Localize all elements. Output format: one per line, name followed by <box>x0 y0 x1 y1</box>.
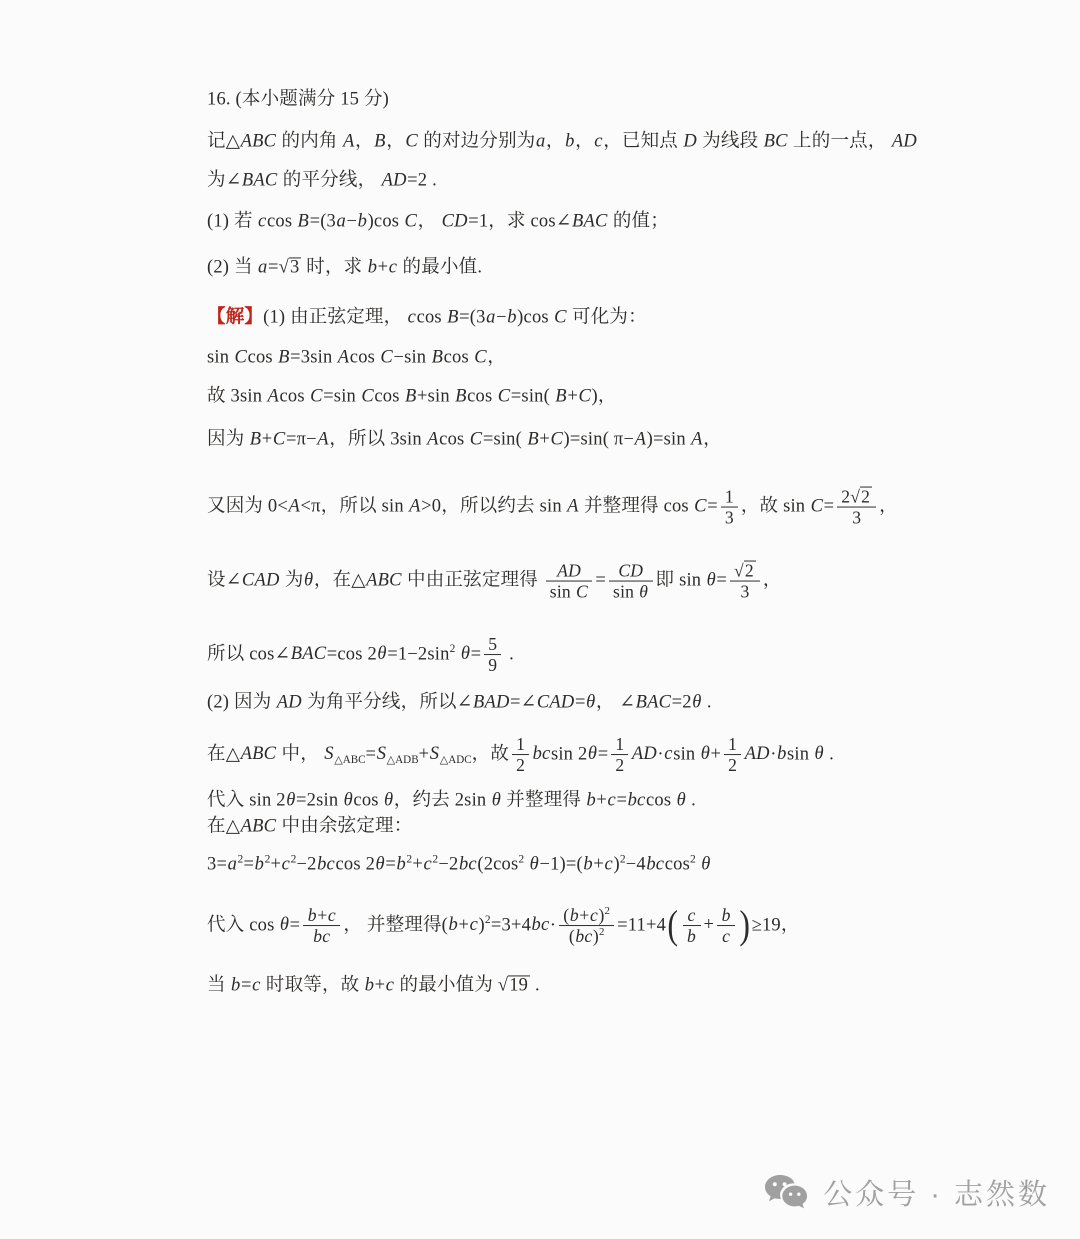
solution-cosine-rule: 3=a2=b2+c2−2bccos 2θ=b2+c2−2bc(2cos2 θ−1… <box>207 853 711 876</box>
question-part-2: (2) 当 a=√3 时，求 b+c 的最小值. <box>207 256 482 279</box>
solution-eq-2: 故 3sin Acos C=sin Ccos B+sin Bcos C=sin(… <box>207 385 617 408</box>
solution-part1-intro: 【解】(1) 由正弦定理， ccos B=(3a−b)cos C 可化为： <box>207 306 647 329</box>
watermark-label: 公众号 · 志然数 <box>823 1172 1050 1213</box>
solution-area-equation: 在△ABC 中， S△ABC=S△ADB+S△ADC，故12bcsin 2θ=1… <box>207 735 834 775</box>
watermark: 公众号 · 志然数 <box>762 1171 1050 1213</box>
solution-part2-intro: (2) 因为 AD 为角平分线，所以∠BAD=∠CAD=θ， ∠BAC=2θ . <box>207 691 712 714</box>
question-part-1: (1) 若 ccos B=(3a−b)cos C， CD=1，求 cos∠BAC… <box>207 210 669 233</box>
problem-statement-line-1: 记△ABC 的内角 A，B，C 的对边分别为a，b，c，已知点 D 为线段 BC… <box>207 130 917 153</box>
solution-eq-4: 又因为 0<A<π，所以 sin A>0，所以约去 sin A 并整理得 cos… <box>207 487 898 528</box>
problem-statement-line-2: 为∠BAC 的平分线， AD=2 . <box>207 169 437 192</box>
solution-cosine-rule-intro: 在△ABC 中由余弦定理： <box>207 815 412 838</box>
solution-eq-5: 设∠CAD 为θ，在△ABC 中由正弦定理得 ADsin C=CDsin θ即 … <box>207 561 782 602</box>
solution-eq-1: sin Ccos B=3sin Acos C−sin Bcos C， <box>207 346 506 369</box>
solution-simplify: 代入 sin 2θ=2sin θcos θ，约去 2sin θ 并整理得 b+c… <box>207 789 696 812</box>
document-page: 16. (本小题满分 15 分)记△ABC 的内角 A，B，C 的对边分别为a，… <box>0 0 1080 1239</box>
solution-part1-result: 所以 cos∠BAC=cos 2θ=1−2sin2 θ=59 . <box>207 635 514 675</box>
solution-eq-3: 因为 B+C=π−A，所以 3sin Acos C=sin( B+C)=sin(… <box>207 428 722 451</box>
problem-number: 16. (本小题满分 15 分) <box>207 88 389 111</box>
solution-conclusion: 当 b=c 时取等，故 b+c 的最小值为 √19 . <box>207 974 540 997</box>
solution-inequality: 代入 cos θ=b+cbc， 并整理得(b+c)2=3+4bc·(b+c)2(… <box>207 906 800 946</box>
wechat-icon <box>762 1171 810 1213</box>
